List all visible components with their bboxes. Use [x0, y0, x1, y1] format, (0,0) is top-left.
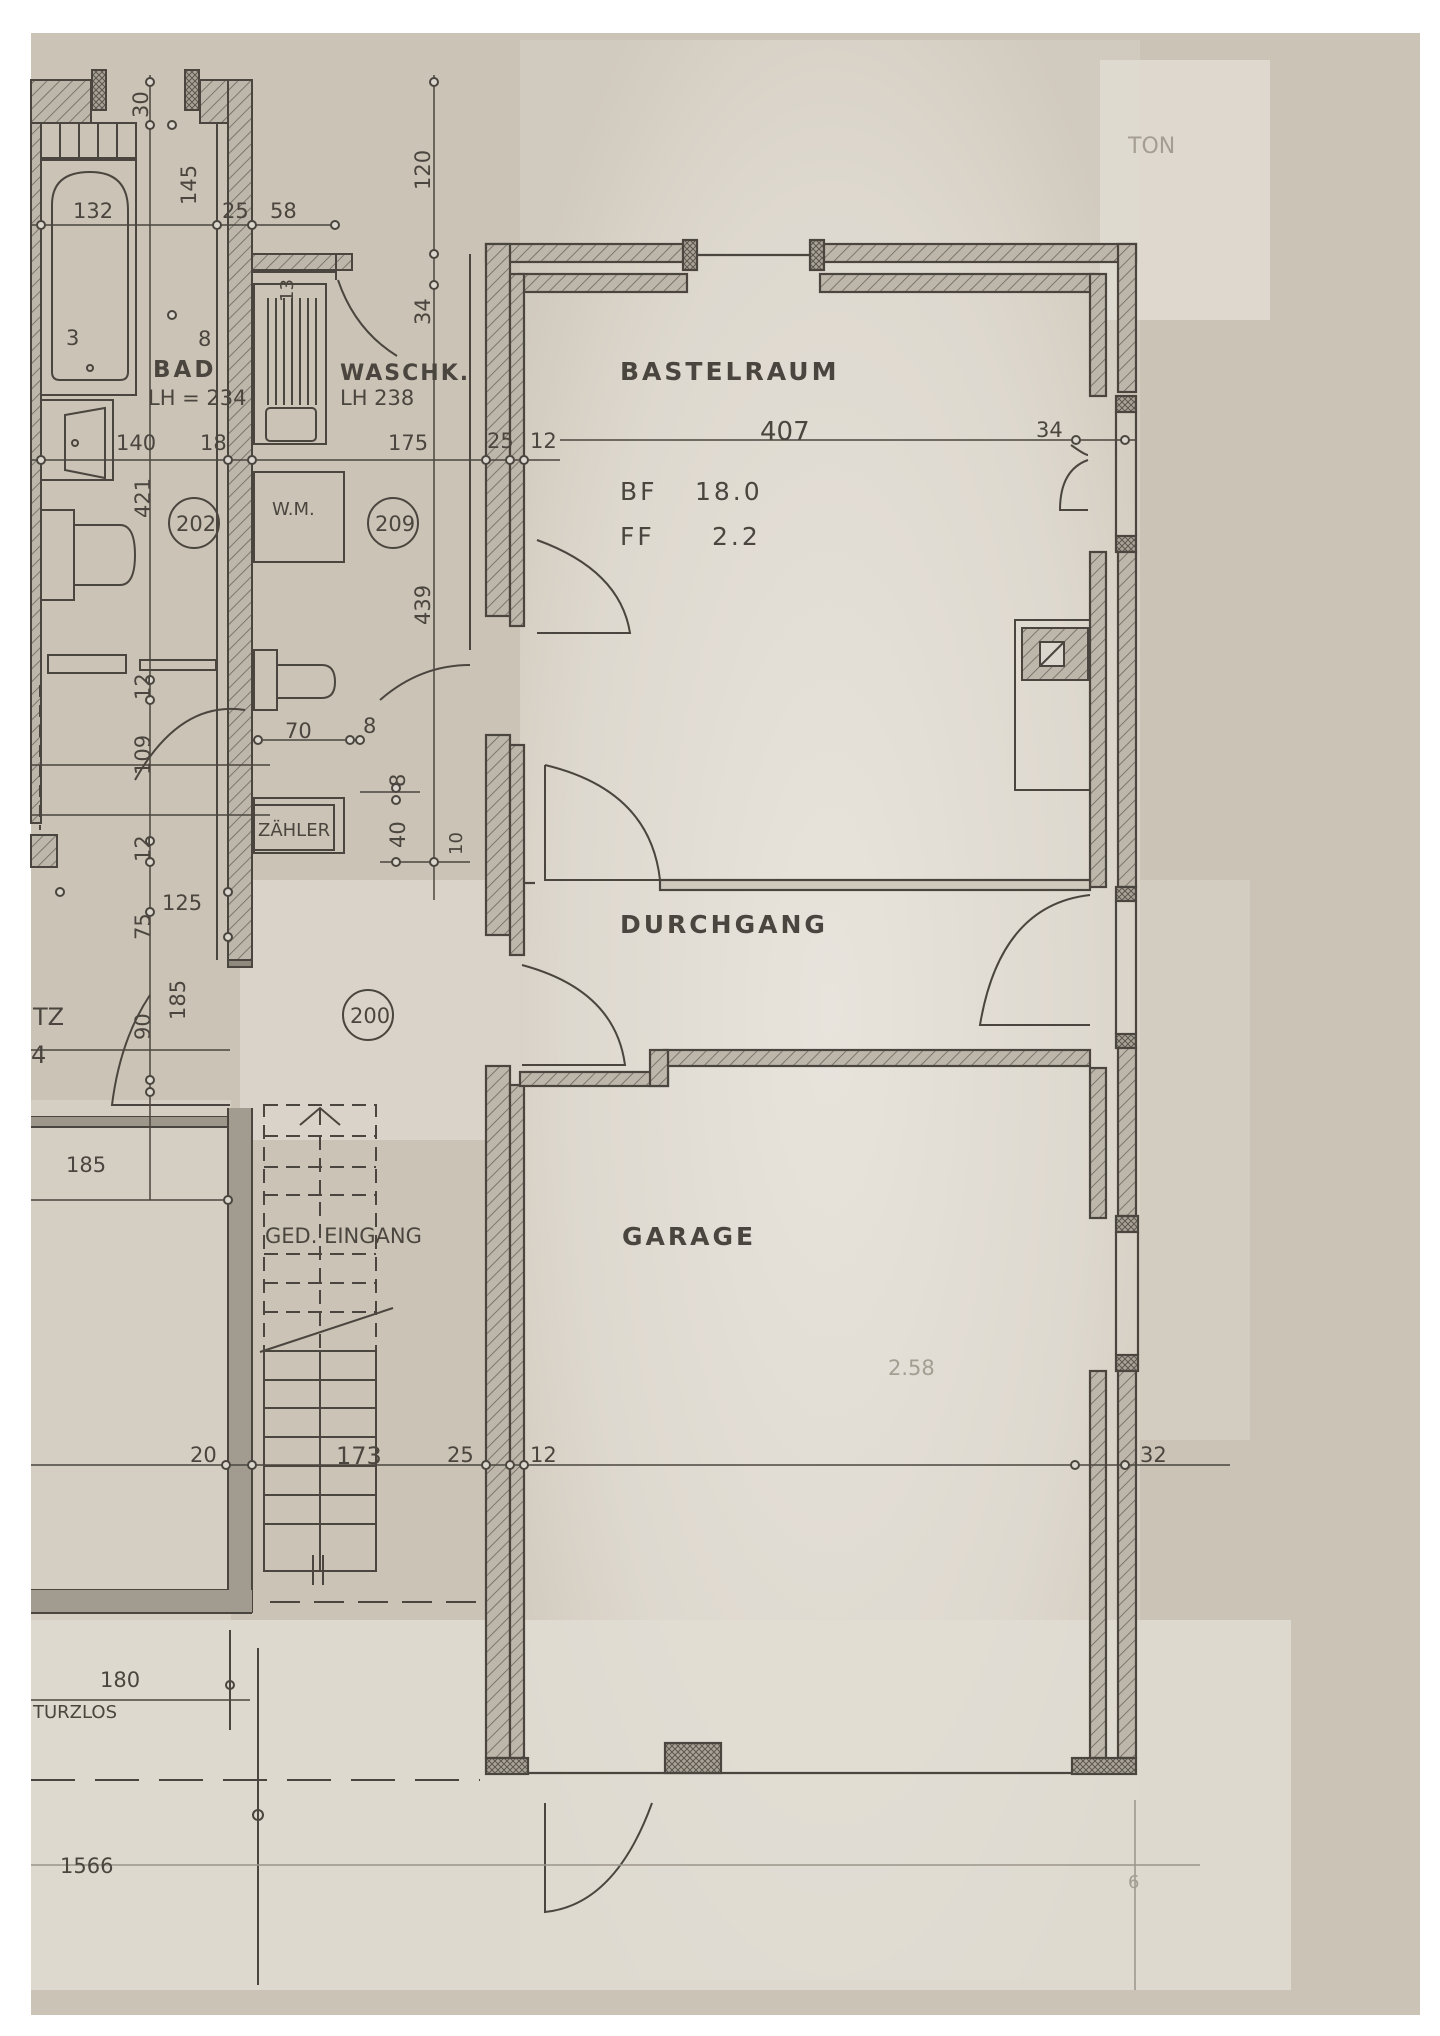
- room-number-209: 209: [375, 512, 415, 536]
- paper-light-region: [31, 1100, 231, 1620]
- dim-439: 439: [411, 585, 435, 625]
- zaehler-label: ZÄHLER: [258, 820, 330, 841]
- waschk-ceiling-height: LH 238: [340, 386, 414, 410]
- dim-132: 132: [73, 199, 113, 223]
- dim-180: 180: [100, 1668, 140, 1692]
- dim-34-top: 34: [411, 298, 435, 325]
- dim-34-right: 34: [1036, 418, 1063, 442]
- dim-20: 20: [190, 1443, 217, 1467]
- window-top: [683, 240, 697, 270]
- dim-185-horiz: 185: [66, 1153, 106, 1177]
- eingang-label: GED. EINGANG: [265, 1224, 422, 1248]
- dim-140: 140: [116, 431, 156, 455]
- room-label-bad: BAD: [153, 357, 216, 383]
- dim-10: 10: [446, 832, 467, 855]
- room-number-200: 200: [350, 1004, 390, 1028]
- dim-125: 125: [162, 891, 202, 915]
- dim-175: 175: [388, 431, 428, 455]
- dim-13: 13: [277, 279, 298, 302]
- dim-8-mid: 8: [363, 714, 376, 738]
- dim-30: 30: [129, 91, 153, 118]
- dim-40: 40: [386, 821, 410, 848]
- faint-title-ton: TON: [1127, 134, 1175, 159]
- bf-label: BF: [620, 477, 658, 506]
- dim-25-garage: 25: [447, 1443, 474, 1467]
- ff-label: FF: [620, 522, 655, 551]
- partial-label-4: 4: [31, 1041, 46, 1069]
- dim-32: 32: [1140, 1443, 1167, 1467]
- dim-bastelraum-width: 407: [760, 417, 810, 447]
- paper-light-region: [1140, 880, 1250, 1440]
- dim-8-top: 8: [198, 327, 211, 351]
- dim-109: 109: [131, 735, 155, 775]
- dim-90: 90: [131, 1013, 155, 1040]
- bad-ceiling-height: LH = 234: [148, 386, 247, 410]
- bf-value: 18.0: [695, 477, 763, 506]
- floor-plan-drawing: BASTELRAUM 407 BF 18.0 FF 2.2 DURCHGANG …: [0, 0, 1440, 2036]
- ff-value: 2.2: [712, 522, 761, 551]
- dim-12-lower: 12: [131, 835, 155, 862]
- turzlos-label: TURZLOS: [32, 1702, 117, 1723]
- dim-1566: 1566: [60, 1854, 113, 1878]
- dim-12-row2: 12: [530, 429, 557, 453]
- dim-12-mid: 12: [131, 673, 155, 700]
- dim-3: 3: [66, 326, 79, 350]
- dim-6: 6: [1128, 1872, 1139, 1893]
- dim-120: 120: [411, 150, 435, 190]
- faint-garage-height: 2.58: [888, 1356, 935, 1380]
- dim-70: 70: [285, 719, 312, 743]
- dim-185-vert: 185: [166, 980, 190, 1020]
- dim-25-top: 25: [222, 199, 249, 223]
- room-label-bastelraum: BASTELRAUM: [620, 357, 839, 386]
- dim-25-row2: 25: [487, 429, 514, 453]
- dim-8-vert: 8: [386, 774, 410, 787]
- dim-75: 75: [131, 913, 155, 940]
- room-label-waschk: WASCHK.: [340, 361, 470, 386]
- room-label-garage: GARAGE: [622, 1222, 756, 1251]
- dim-12-garage: 12: [530, 1443, 557, 1467]
- washing-machine-label: W.M.: [272, 499, 315, 520]
- dim-173: 173: [336, 1442, 382, 1470]
- dim-421: 421: [131, 478, 155, 518]
- dim-145: 145: [177, 165, 201, 205]
- dim-18: 18: [200, 431, 227, 455]
- room-label-durchgang: DURCHGANG: [620, 910, 828, 939]
- room-number-202: 202: [176, 512, 216, 536]
- dim-58: 58: [270, 199, 297, 223]
- partial-label-tz: TZ: [32, 1003, 64, 1031]
